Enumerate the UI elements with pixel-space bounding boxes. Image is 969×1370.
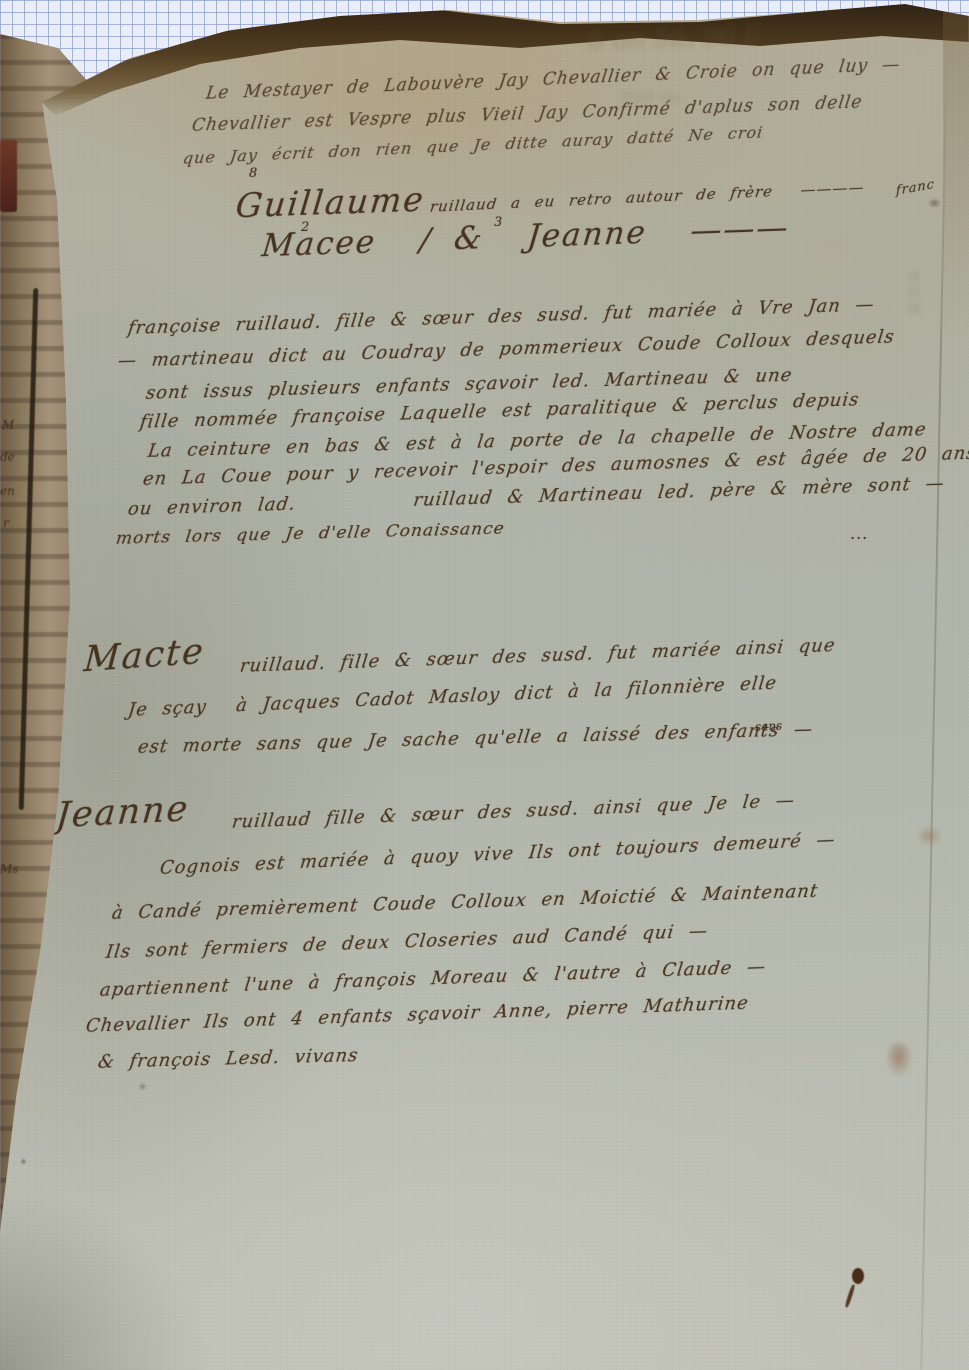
ink-blot: [852, 1268, 864, 1284]
red-paper-scrap: [0, 140, 17, 212]
trailing-dots: ...: [850, 524, 868, 543]
right-edge-shading: [943, 0, 969, 340]
manuscript-line: ruillaud fille & sœur des susd. ainsi qu…: [231, 790, 796, 833]
manuscript-line: Je sçay à Jacques Cadot Masloy dict à la…: [127, 673, 778, 721]
ink-bleedthrough-ghost: 9 6 8: [902, 270, 923, 314]
superscript-number: 8: [249, 166, 257, 181]
manuscript-line: apartiennent l'une à françois Moreau & l…: [99, 957, 768, 1001]
brown-stain: [885, 1042, 913, 1078]
manuscript-line: ruillaud. fille & sœur des susd. fut mar…: [239, 635, 837, 677]
name-macee-lead: Macte: [83, 631, 207, 680]
name-jeanne-lead: Jeanne: [54, 789, 191, 836]
margin-catchword: franc: [896, 177, 935, 199]
manuscript-line: est morte sans que Je sache qu'elle a la…: [137, 719, 815, 758]
manuscript-line: Ils sont fermiers de deux Closeries aud …: [105, 921, 710, 963]
ink-blot-tail: [844, 1284, 855, 1308]
ink-bleedthrough-ghost: 6 on 56, 96 li: [587, 20, 761, 56]
manuscript-line: Cognois est mariée à quoy vive Ils ont t…: [159, 830, 837, 879]
name-guillaume: Guillaume: [234, 179, 427, 225]
speck: [138, 1082, 147, 1091]
manuscript-line: & françois Lesd. vivans: [97, 1045, 360, 1073]
brown-stain: [916, 826, 942, 846]
photograph-of-manuscript: M de en r Ms 6 on 56, 96 li Pon ou 9 6 8…: [0, 0, 969, 1370]
spine-text-fragment: r: [3, 516, 9, 530]
speck: [20, 1158, 27, 1165]
interline-word: sans: [755, 719, 783, 734]
manuscript-line: morts lors que Je d'elle Conaissance: [115, 519, 506, 549]
manuscript-line: ruillaud a eu retro autour de frère ————: [429, 178, 866, 216]
spine-text-fragment: M: [2, 418, 14, 432]
manuscript-line: à Candé premièrement Coude Colloux en Mo…: [111, 881, 820, 924]
fox-spot: [928, 198, 941, 208]
manuscript-line: Chevallier Ils ont 4 enfants sçavoir Ann…: [85, 993, 750, 1037]
spine-text-fragment: de: [0, 450, 15, 464]
spine-text-fragment: en: [0, 484, 15, 498]
manuscript-page: 6 on 56, 96 li Pon ou 9 6 8 Le Mestayer …: [0, 0, 969, 1370]
spine-text-fragment: Ms: [0, 862, 18, 876]
